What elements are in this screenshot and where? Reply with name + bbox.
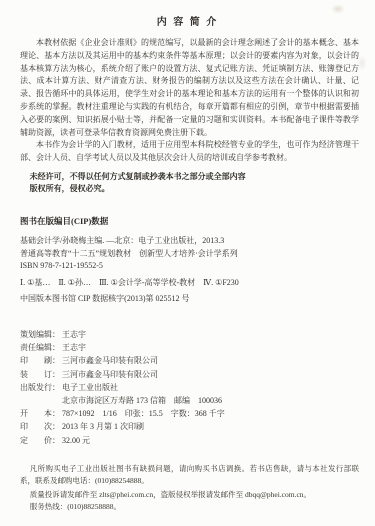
- book-copyright-page: 内 容 简 介 本教材依据《企业会计准则》的规范编写，以最新的会计理念阐述了会计…: [0, 0, 375, 526]
- colophon-row-binder: 装 订： 三河市鑫金马印装有限公司: [20, 368, 359, 381]
- colophon-value: 三河市鑫金马印装有限公司: [62, 368, 359, 381]
- copyright-notice-line-2: 版权所有，侵权必究。: [20, 183, 359, 195]
- colophon-label: [20, 394, 62, 407]
- colophon-row-format: 开 本： 787×1092 1/16 印张：15.5 字数：368 千字: [20, 407, 359, 420]
- service-notes-block: 凡所购买电子工业出版社图书有缺损问题，请向购买书店调换。若书店售缺，请与本社发行…: [20, 463, 359, 514]
- colophon-label: 开 本：: [20, 407, 62, 420]
- colophon-value: 787×1092 1/16 印张：15.5 字数：368 千字: [62, 407, 359, 420]
- colophon-label: 策划编辑：: [20, 328, 62, 341]
- colophon-label: 印 刷：: [20, 354, 62, 367]
- colophon-row-publisher: 出版发行： 电子工业出版社: [20, 381, 359, 394]
- colophon-row-address: 北京市海淀区万寿路 173 信箱 邮编 100036: [20, 394, 359, 407]
- colophon-value: 王志宇: [62, 341, 359, 354]
- colophon-label: 出版发行：: [20, 381, 62, 394]
- cip-registry-number: 中国版本图书馆 CIP 数据核字(2013)第 025512 号: [20, 293, 359, 306]
- cip-title-line: 基础会计学/孙晓梅主编. —北京：电子工业出版社，2013.3: [20, 235, 359, 248]
- colophon-value: 王志宇: [62, 328, 359, 341]
- colophon-block: 策划编辑： 王志宇 责任编辑： 王志宇 印 刷： 三河市鑫金马印装有限公司 装 …: [20, 328, 359, 447]
- colophon-row-printer: 印 刷： 三河市鑫金马印装有限公司: [20, 354, 359, 367]
- colophon-value: 32.00 元: [62, 434, 359, 447]
- colophon-label: 责任编辑：: [20, 341, 62, 354]
- content-summary-heading: 内 容 简 介: [0, 13, 375, 28]
- cip-isbn: ISBN 978-7-121-19552-5: [20, 260, 359, 273]
- summary-paragraph-1: 本教材依据《企业会计准则》的规范编写，以最新的会计理念阐述了会计的基本概念、基本…: [20, 37, 359, 139]
- colophon-value: 2013 年 3 月第 1 次印刷: [62, 420, 359, 433]
- complaint-email-notice: 质量投诉请发邮件至 zlts@phei.com.cn，盗版侵权举报请发邮件至 d…: [20, 489, 359, 501]
- copyright-notice-line-1: 未经许可，不得以任何方式复制或抄袭本书之部分或全部内容: [20, 171, 359, 183]
- colophon-label: 装 订：: [20, 368, 62, 381]
- content-summary-body: 本教材依据《企业会计准则》的规范编写，以最新的会计理念阐述了会计的基本概念、基本…: [20, 37, 359, 165]
- cip-series-line: 普通高等教育“十二五”规划教材 创新型人才培养·会计学系列: [20, 248, 359, 261]
- colophon-row-responsible-editor: 责任编辑： 王志宇: [20, 341, 359, 354]
- colophon-row-planning-editor: 策划编辑： 王志宇: [20, 328, 359, 341]
- colophon-value: 北京市海淀区万寿路 173 信箱 邮编 100036: [62, 394, 359, 407]
- colophon-label: 印 次：: [20, 420, 62, 433]
- colophon-value: 三河市鑫金马印装有限公司: [62, 354, 359, 367]
- summary-paragraph-2: 本书作为会计学的入门教材，适用于应用型本科院校经管专业的学生，也可作为经济管理干…: [20, 139, 359, 165]
- exchange-notice: 凡所购买电子工业出版社图书有缺损问题，请向购买书店调换。若书店售缺，请与本社发行…: [20, 463, 359, 488]
- cip-data-block: 图书在版编目(CIP)数据 基础会计学/孙晓梅主编. —北京：电子工业出版社，2…: [20, 215, 359, 306]
- colophon-row-print-run: 印 次： 2013 年 3 月第 1 次印刷: [20, 420, 359, 433]
- colophon-label: 定 价：: [20, 434, 62, 447]
- scan-smudge: [331, 4, 345, 14]
- cip-classification: Ⅰ. ①基… Ⅱ. ①孙… Ⅲ. ①会计学-高等学校-教材 Ⅳ. ①F230: [20, 277, 359, 290]
- cip-heading: 图书在版编目(CIP)数据: [20, 215, 359, 227]
- copyright-notice: 未经许可，不得以任何方式复制或抄袭本书之部分或全部内容 版权所有，侵权必究。: [20, 171, 359, 195]
- colophon-value: 电子工业出版社: [62, 381, 359, 394]
- scan-smudge: [357, 55, 367, 71]
- service-hotline: 服务热线：(010)88258888。: [20, 501, 359, 513]
- colophon-row-price: 定 价： 32.00 元: [20, 434, 359, 447]
